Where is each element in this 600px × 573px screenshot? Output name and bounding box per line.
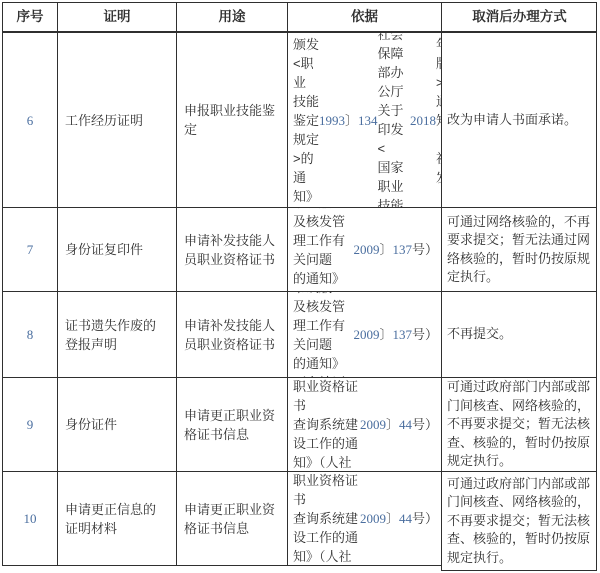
header-cell-seq: 序号 xyxy=(2,2,57,31)
row-10-basis-cell: 《关于做好职业资格证书 查询系统建设工作的通 知》（人社厅发〔2009〕 44号… xyxy=(287,471,441,565)
row-7-purpose-cell: 申请补发技能人 员职业资格证书 xyxy=(176,207,287,291)
table-bottom-border xyxy=(2,565,441,571)
row-8-cert-cell: 证书遗失作废的 登报声明 xyxy=(57,291,176,377)
row-6-seq-cell: 6 xyxy=(2,31,57,207)
row-7-basis-cell: 《关于职业资格证书改版 及核发管理工作有关问题 的通知》（人社厅发 〔2009〕… xyxy=(287,207,441,291)
row-8-seq-cell: 8 xyxy=(2,291,57,377)
row-9-cert-cell: 身份证件 xyxy=(57,377,176,471)
header-cell-purpose: 用途 xyxy=(176,2,287,31)
header-cell-method: 取消后办理方式 xyxy=(441,2,597,31)
row-10-method-cell: 可通过政府部门内部或部 门间核查、网络核验的， 不再要求提交；暂无法核 查、核验… xyxy=(441,471,597,571)
row-7-cert-cell: 身份证复印件 xyxy=(57,207,176,291)
row-6-method-cell: 改为申请人书面承诺。 xyxy=(441,31,597,207)
row-8-purpose-cell: 申请补发技能人 员职业资格证书 xyxy=(176,291,287,377)
header-cell-basis: 依据 xyxy=(287,2,441,31)
document-page: 序号 证明 用途 依据 取消后办理方式 6 工作经历证明 申报职业技能鉴 定 《… xyxy=(0,0,600,573)
row-6-purpose-cell: 申报职业技能鉴 定 xyxy=(176,31,287,207)
row-8-method-cell: 不再提交。 xyxy=(441,291,597,377)
row-10-purpose-cell: 申请更正职业资 格证书信息 xyxy=(176,471,287,565)
row-6-cert-cell: 工作经历证明 xyxy=(57,31,176,207)
header-cell-cert: 证明 xyxy=(57,2,176,31)
row-9-seq-cell: 9 xyxy=(2,377,57,471)
row-7-seq-cell: 7 xyxy=(2,207,57,291)
row-8-basis-cell: 《关于职业资格证书改版 及核发管理工作有关问题 的通知》（人社厅发 〔2009〕… xyxy=(287,291,441,377)
row-10-cert-cell: 申请更正信息的 证明材料 xyxy=(57,471,176,565)
row-9-basis-cell: 《关于做好职业资格证书 查询系统建设工作的通 知》（人社厅发〔2009〕 44号… xyxy=(287,377,441,471)
row-7-method-cell: 可通过网络核验的，不再 要求提交；暂无法通过网 络核验的，暂时仍按原规 定执行。 xyxy=(441,207,597,291)
row-6-basis-cell: 《劳动部关于颁发<职业 技能鉴定规定>的通知》 （劳部发〔1993〕134 号）… xyxy=(287,31,441,207)
row-9-method-cell: 可通过政府部门内部或部 门间核查、网络核验的， 不再要求提交；暂无法核 查、核验… xyxy=(441,377,597,471)
row-9-purpose-cell: 申请更正职业资 格证书信息 xyxy=(176,377,287,471)
cancelled-certificates-table: 序号 证明 用途 依据 取消后办理方式 6 工作经历证明 申报职业技能鉴 定 《… xyxy=(2,2,597,571)
row-10-seq-cell: 10 xyxy=(2,471,57,565)
